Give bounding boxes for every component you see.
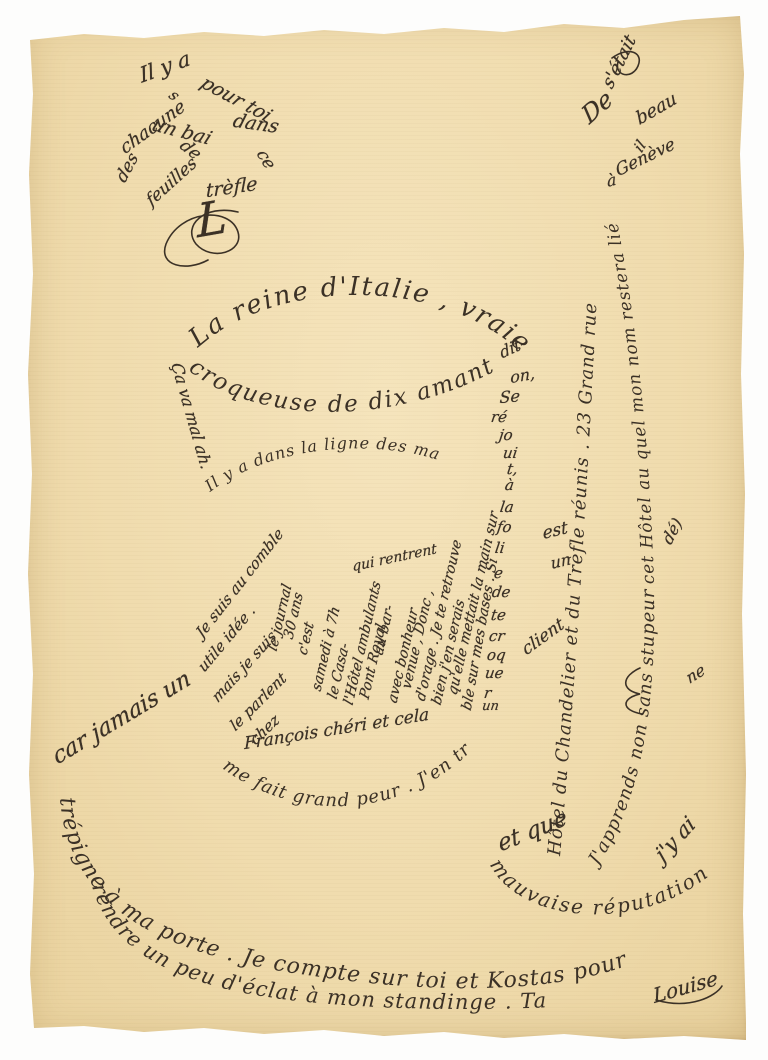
- calligram-word: ue: [484, 666, 505, 681]
- calligram-word: oq: [486, 648, 507, 663]
- scanned-letter-canvas: La reine d'Italie , vraiecroqueuse de di…: [0, 0, 768, 1060]
- calligram-curved-line: La reine d'Italie , vraie: [182, 272, 537, 359]
- calligram-word: la: [499, 500, 515, 515]
- calligram-curved-line: rendre un peu d'éclat à mon standinge . …: [87, 880, 548, 1014]
- calligram-word: à: [606, 172, 617, 191]
- calligram-curved-line: croqueuse de dix amants ,: [0, 0, 499, 418]
- calligram-curved-line: cet Hôtel au quel mon nom restera lié: [602, 220, 659, 584]
- calligram-word: jo: [498, 428, 514, 443]
- calligram-word: fo: [496, 520, 513, 535]
- calligram-word: ré: [490, 410, 508, 425]
- calligram-word: un: [481, 700, 500, 713]
- calligram-word: cr: [488, 629, 506, 644]
- calligram-word: te: [490, 608, 507, 623]
- calligram-curved-line: Hôtel du Chandelier et du Trèfle réunis …: [544, 302, 602, 858]
- calligram-word: L: [196, 193, 228, 245]
- calligram-word: Se: [499, 388, 520, 406]
- calligram-word: li: [494, 541, 506, 556]
- calligram-word: ui: [502, 446, 519, 461]
- calligram-curved-line: Il y a dans la ligne des ma: [200, 433, 443, 495]
- calligram-word: t,: [506, 462, 519, 477]
- calligram-word: un: [550, 551, 572, 572]
- calligram-word: on,: [510, 366, 535, 386]
- calligram-word: de: [491, 585, 512, 600]
